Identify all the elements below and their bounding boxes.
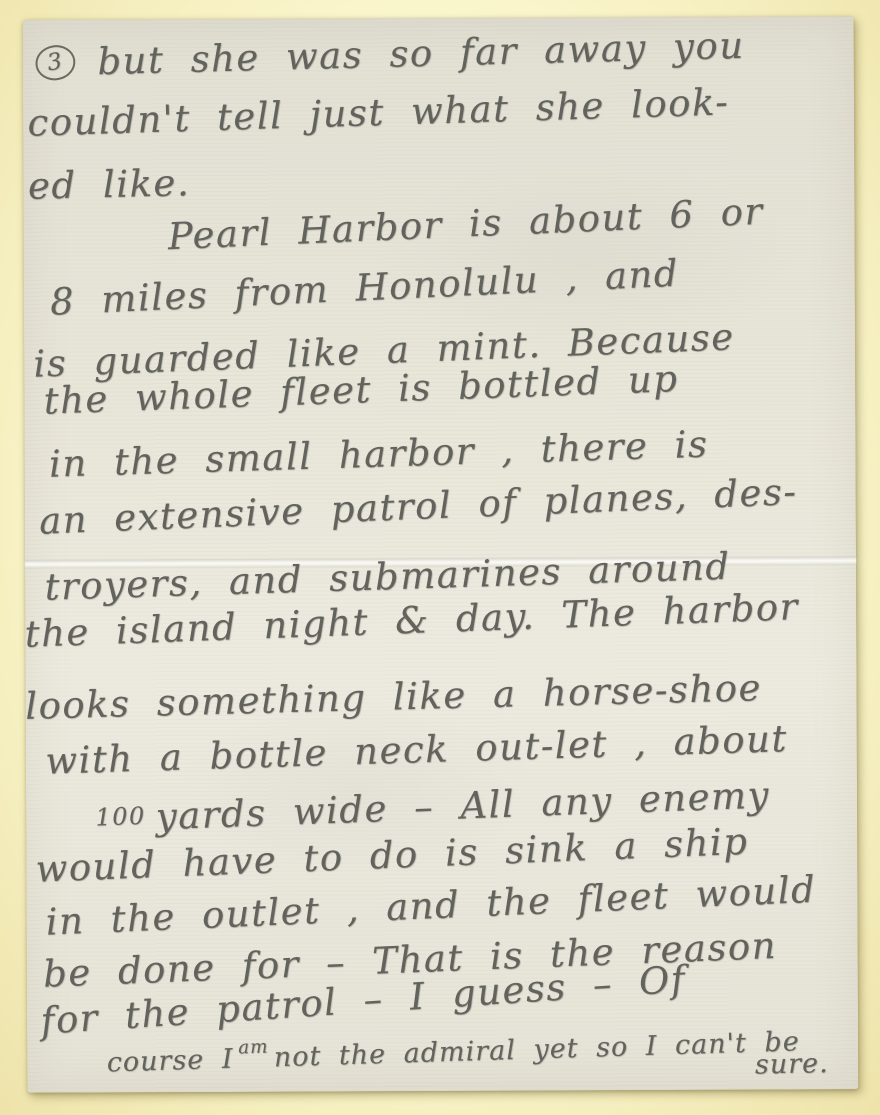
page-number: 3	[45, 48, 65, 76]
handwritten-line-12: looks something like a horse-shoe	[25, 666, 763, 728]
handwritten-line-3: ed like.	[28, 161, 191, 208]
handwritten-line-8: in the small harbor , there is	[48, 423, 709, 486]
handwritten-line-5: 8 miles from Honolulu , and	[49, 252, 680, 324]
page-number-circle: 3	[33, 42, 78, 83]
yardage-number: 100	[95, 802, 146, 832]
handwritten-line-1: 3but she was so far away you	[35, 24, 745, 85]
scan-background: { "letter": { "page_number": "3", "lines…	[0, 0, 880, 1115]
handwritten-line-4: Pearl Harbor is about 6 or	[167, 190, 765, 258]
letter-page: 3but she was so far away you couldn't te…	[23, 16, 859, 1093]
handwritten-line-2: couldn't tell just what she look-	[27, 80, 730, 144]
line-text-before: course I	[106, 1044, 234, 1079]
line-text: but she was so far away you	[97, 24, 745, 83]
handwritten-line-20: sure.	[755, 1048, 829, 1081]
handwritten-line-13: with a bottle neck out-let , about	[45, 717, 789, 783]
line-text-after: not the admiral yet so I can't be	[273, 1026, 800, 1073]
inserted-word: am	[238, 1037, 269, 1059]
